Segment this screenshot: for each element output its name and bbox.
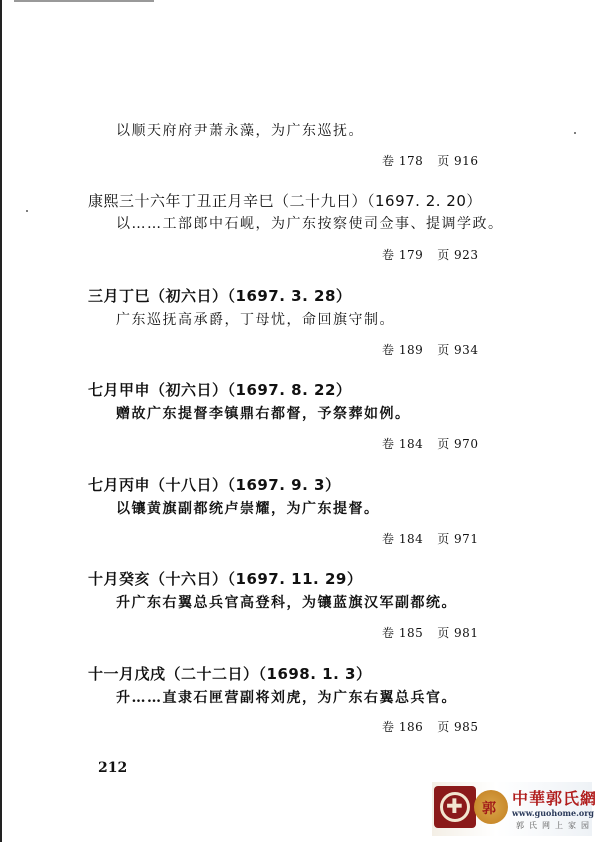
citation-page: 页 971 (437, 532, 478, 546)
entry-heading: 七月丙申（十八日）（1697. 9. 3） (88, 475, 528, 495)
scan-speck (574, 132, 576, 134)
watermark-slogan: 郭氏网上家园 (516, 820, 594, 831)
entry-body: 以顺天府府尹萧永藻，为广东巡抚。 (116, 121, 528, 141)
entry-citation: 卷 184页 970 (382, 435, 478, 452)
page-number: 212 (98, 760, 127, 776)
citation-page: 页 985 (437, 720, 478, 734)
entry-body: 赠故广东提督李镇鼎右都督，予祭葬如例。 (116, 404, 528, 424)
entry-heading: 三月丁巳（初六日）（1697. 3. 28） (88, 286, 528, 306)
citation-page: 页 981 (437, 626, 478, 640)
scan-speck (26, 210, 28, 212)
citation-page: 页 916 (437, 154, 478, 168)
entry-body: 升……直隶石匣营副将刘虎，为广东右翼总兵官。 (116, 688, 528, 708)
citation-volume: 卷 186 (382, 720, 423, 734)
entry: 七月甲申（初六日）（1697. 8. 22） 赠故广东提督李镇鼎右都督，予祭葬如… (88, 380, 528, 424)
entry-citation: 卷 178页 916 (382, 152, 478, 169)
entry: 以顺天府府尹萧永藻，为广东巡抚。 (88, 121, 528, 141)
citation-volume: 卷 189 (382, 343, 423, 357)
citation-page: 页 923 (437, 248, 478, 262)
coin-glyph: 郭 (482, 798, 496, 818)
entry-heading: 七月甲申（初六日）（1697. 8. 22） (88, 380, 528, 400)
citation-volume: 卷 184 (382, 532, 423, 546)
clan-seal-icon (434, 786, 476, 828)
entry-body: 升广东右翼总兵官高登科，为镶蓝旗汉军副都统。 (116, 593, 528, 613)
entry-heading: 康熙三十六年丁丑正月辛巳（二十九日）（1697. 2. 20） (88, 191, 528, 211)
citation-page: 页 934 (437, 343, 478, 357)
top-scan-rule (14, 0, 154, 2)
entry-body: 广东巡抚高承爵，丁母忧，命回旗守制。 (116, 310, 528, 330)
watermark-url: www.guohome.org (512, 808, 594, 818)
entry: 十一月戊戌（二十二日）（1698. 1. 3） 升……直隶石匣营副将刘虎，为广东… (88, 664, 528, 708)
entry: 康熙三十六年丁丑正月辛巳（二十九日）（1697. 2. 20） 以……工部郎中石… (88, 191, 528, 234)
entry-citation: 卷 184页 971 (382, 530, 478, 547)
surname-coin-icon: 郭 (474, 790, 508, 824)
entry-body: 以……工部郎中石岘，为广东按察使司佥事、提调学政。 (116, 214, 528, 234)
entry-body: 以镶黄旗副都统卢崇耀，为广东提督。 (116, 499, 528, 519)
entry-heading: 十月癸亥（十六日）（1697. 11. 29） (88, 569, 528, 589)
entry: 三月丁巳（初六日）（1697. 3. 28） 广东巡抚高承爵，丁母忧，命回旗守制… (88, 286, 528, 330)
citation-volume: 卷 178 (382, 154, 423, 168)
entry: 七月丙申（十八日）（1697. 9. 3） 以镶黄旗副都统卢崇耀，为广东提督。 (88, 475, 528, 519)
entry-citation: 卷 189页 934 (382, 341, 478, 358)
citation-page: 页 970 (437, 437, 478, 451)
entry-citation: 卷 186页 985 (382, 718, 478, 735)
entry-heading: 十一月戊戌（二十二日）（1698. 1. 3） (88, 664, 528, 684)
entry-citation: 卷 179页 923 (382, 246, 478, 263)
citation-volume: 卷 184 (382, 437, 423, 451)
entry: 十月癸亥（十六日）（1697. 11. 29） 升广东右翼总兵官高登科，为镶蓝旗… (88, 569, 528, 613)
page-left-edge (0, 0, 2, 842)
site-watermark: 郭 中華郭氏網 www.guohome.org 郭氏网上家园 (432, 782, 592, 836)
citation-volume: 卷 179 (382, 248, 423, 262)
entry-citation: 卷 185页 981 (382, 624, 478, 641)
watermark-title: 中華郭氏網 (512, 786, 595, 809)
citation-volume: 卷 185 (382, 626, 423, 640)
